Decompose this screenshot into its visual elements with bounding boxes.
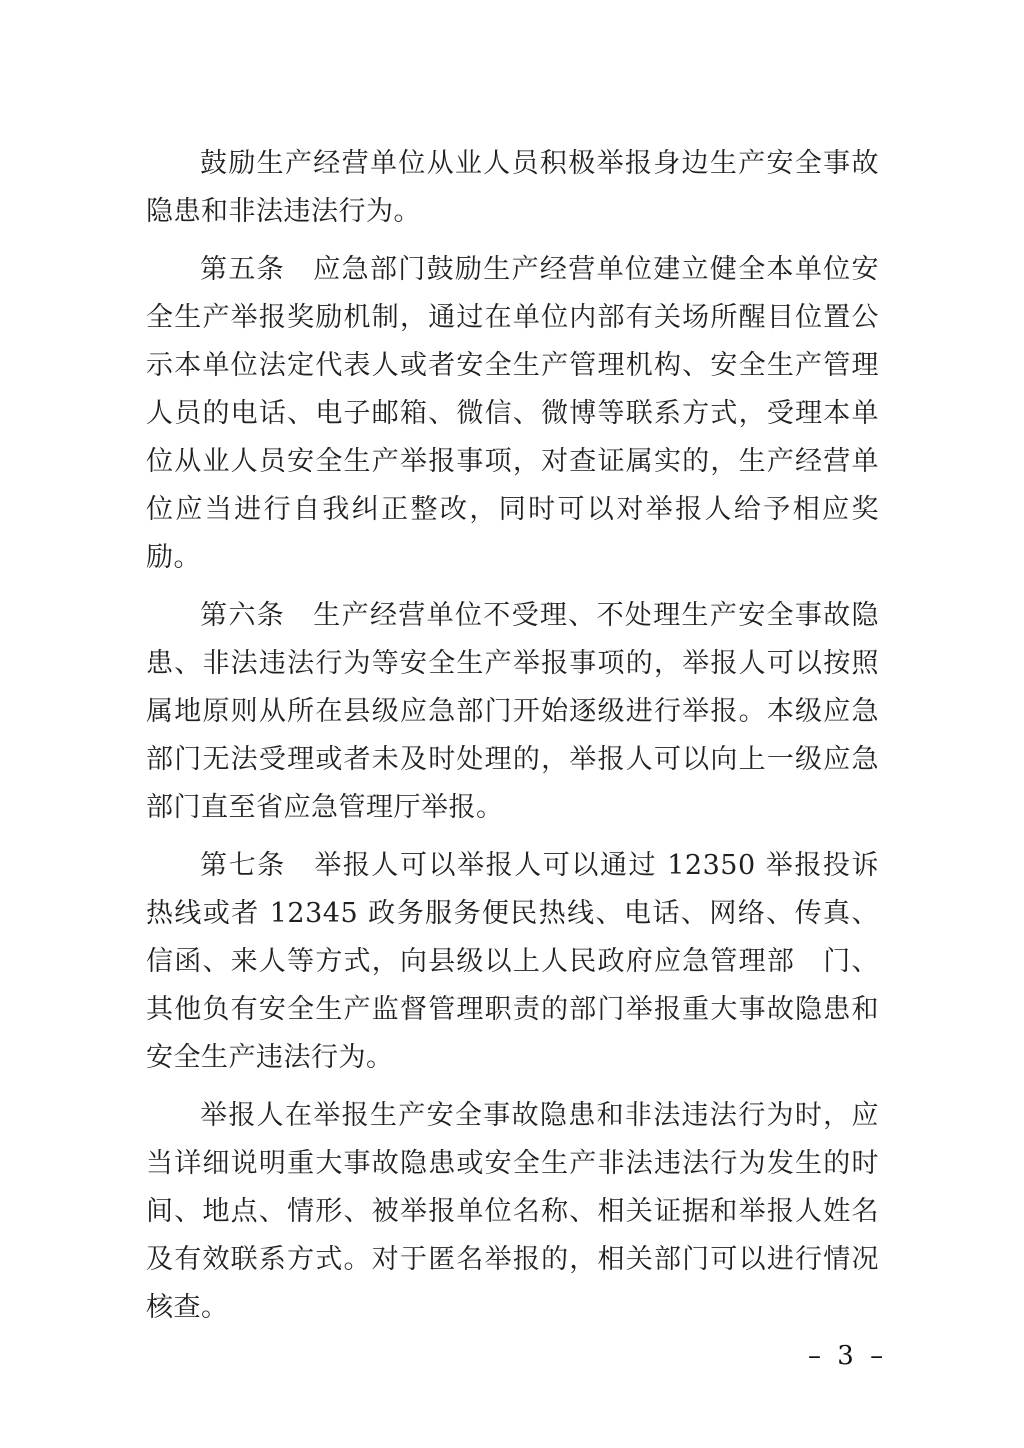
paragraph-article-7: 第七条 举报人可以举报人可以通过 12350 举报投诉热线或者 12345 政务… [146, 842, 879, 1082]
document-page: 鼓励生产经营单位从业人员积极举报身边生产安全事故隐患和非法违法行为。 第五条 应… [0, 0, 1024, 1448]
paragraph-reporting-details: 举报人在举报生产安全事故隐患和非法违法行为时，应当详细说明重大事故隐患或安全生产… [146, 1092, 879, 1332]
page-number: – 3 – [808, 1340, 883, 1372]
paragraph-article-5: 第五条 应急部门鼓励生产经营单位建立健全本单位安全生产举报奖励机制，通过在单位内… [146, 246, 879, 582]
paragraph-intro: 鼓励生产经营单位从业人员积极举报身边生产安全事故隐患和非法违法行为。 [146, 140, 879, 236]
document-body: 鼓励生产经营单位从业人员积极举报身边生产安全事故隐患和非法违法行为。 第五条 应… [146, 140, 879, 1342]
paragraph-article-6: 第六条 生产经营单位不受理、不处理生产安全事故隐患、非法违法行为等安全生产举报事… [146, 592, 879, 832]
